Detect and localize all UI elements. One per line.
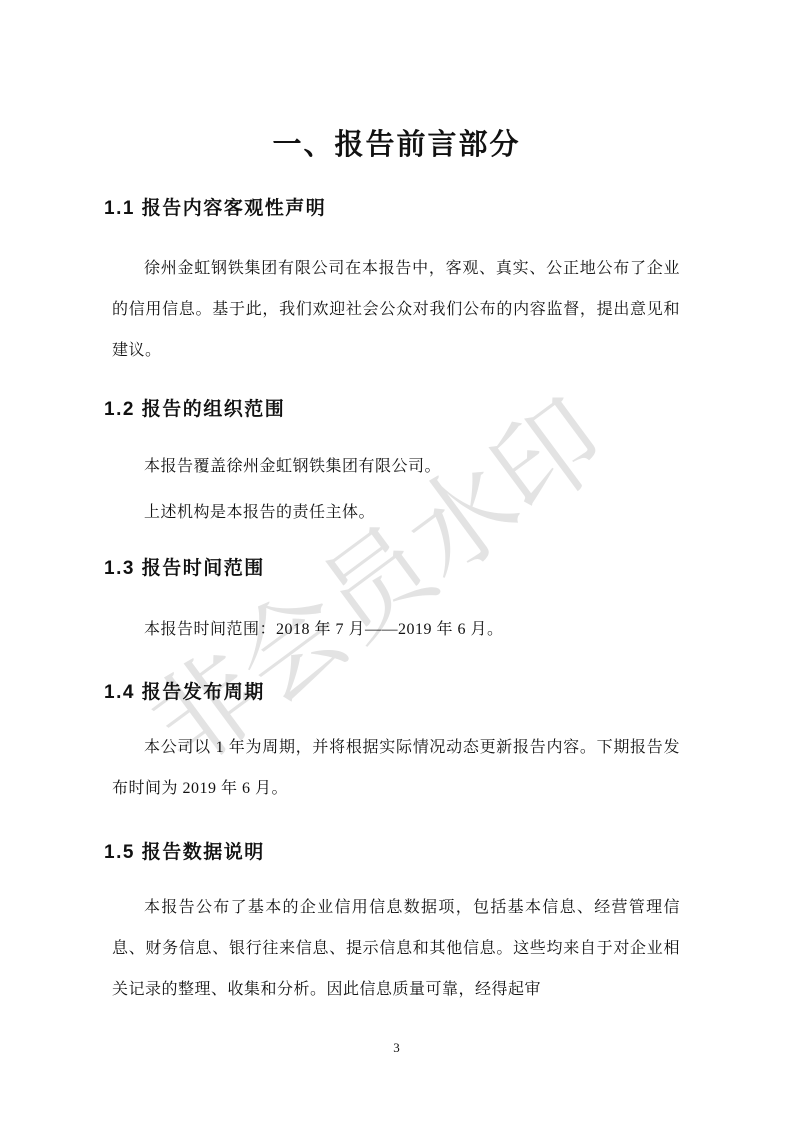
section-heading-1-2: 1.2 报告的组织范围 xyxy=(104,397,680,423)
section-1-1-paragraph: 徐州金虹钢铁集团有限公司在本报告中，客观、真实、公正地公布了企业的信用信息。基于… xyxy=(112,248,680,371)
section-1-5-paragraph: 本报告公布了基本的企业信用信息数据项，包括基本信息、经营管理信息、财务信息、银行… xyxy=(112,887,680,1010)
page-number: 3 xyxy=(0,1038,793,1058)
section-1-2-paragraph-2: 上述机构是本报告的责任主体。 xyxy=(112,492,680,533)
section-heading-1-1: 1.1 报告内容客观性声明 xyxy=(104,196,680,222)
page-content: 一、报告前言部分 1.1 报告内容客观性声明 徐州金虹钢铁集团有限公司在本报告中… xyxy=(0,0,793,1122)
document-page: 非会员水印 一、报告前言部分 1.1 报告内容客观性声明 徐州金虹钢铁集团有限公… xyxy=(0,0,793,1122)
section-heading-1-5: 1.5 报告数据说明 xyxy=(104,840,680,866)
section-1-4-paragraph: 本公司以 1 年为周期，并将根据实际情况动态更新报告内容。下期报告发布时间为 2… xyxy=(112,727,680,809)
section-1-2-paragraph-1: 本报告覆盖徐州金虹钢铁集团有限公司。 xyxy=(112,446,680,487)
section-heading-1-4: 1.4 报告发布周期 xyxy=(104,680,680,706)
section-1-3-paragraph: 本报告时间范围：2018 年 7 月——2019 年 6 月。 xyxy=(112,609,680,650)
page-title: 一、报告前言部分 xyxy=(0,122,793,168)
section-heading-1-3: 1.3 报告时间范围 xyxy=(104,556,680,582)
